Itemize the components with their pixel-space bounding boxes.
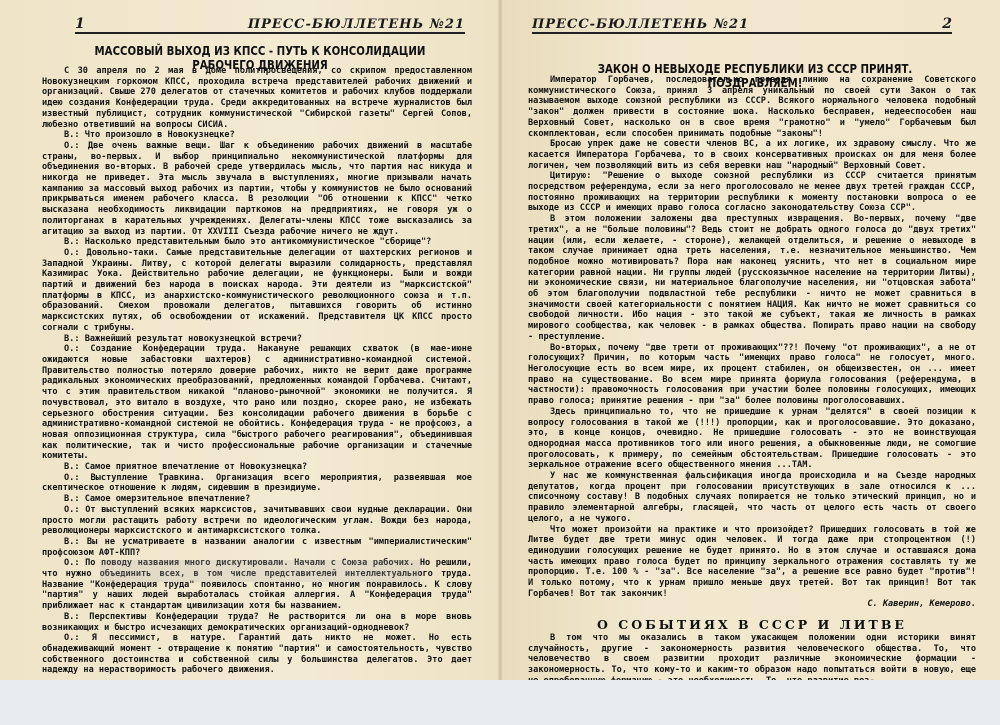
paragraph: О.: Довольно-таки. Самые представительны…: [42, 248, 472, 334]
newsletter-spread: 1 ПРЕСС-БЮЛЛЕТЕНЬ №21 МАССОВЫЙ ВЫХОД ИЗ …: [0, 0, 1000, 680]
right-page: ПРЕСС-БЮЛЛЕТЕНЬ №21 2 ЗАКОН О НЕВЫХОДЕ Р…: [500, 0, 1000, 680]
page-header: ПРЕСС-БЮЛЛЕТЕНЬ №21 2: [532, 16, 952, 34]
page-number: 1: [75, 16, 85, 32]
faded-stamp: [100, 560, 420, 582]
page-number: 2: [942, 16, 952, 32]
scan-background: [0, 680, 1000, 725]
section-title: О СОБЫТИЯХ В СССР И ЛИТВЕ: [528, 620, 976, 631]
paragraph: Бросаю упрек даже не совести членов ВС, …: [528, 139, 976, 171]
paragraph: В.: Важнейший результат новокузнецкой вс…: [42, 334, 472, 345]
paragraph: В.: Самое омерзительное впечатление?: [42, 494, 472, 505]
paragraph: В.: Перспективы Конфедерации труда? Не р…: [42, 612, 472, 633]
article-body: С 30 апреля по 2 мая в Доме политпросвещ…: [42, 66, 472, 676]
paragraph: Здесь принципиально то, что не пришедшие…: [528, 407, 976, 471]
paragraph: О.: Создание Конфедерации труда. Наканун…: [42, 344, 472, 462]
left-page: 1 ПРЕСС-БЮЛЛЕТЕНЬ №21 МАССОВЫЙ ВЫХОД ИЗ …: [0, 0, 500, 680]
paragraph: Во-вторых, почему "две трети от проживаю…: [528, 343, 976, 407]
paragraph: В том что мы оказались в таком ужасающем…: [528, 633, 976, 687]
paragraph: Цитирую: "Решение о выходе союзной респу…: [528, 171, 976, 214]
paragraph: С 30 апреля по 2 мая в Доме политпросвещ…: [42, 66, 472, 130]
paragraph: Император Горбачев, последовательно пров…: [528, 75, 976, 139]
paragraph: О.: От выступлений всяких марксистов, за…: [42, 505, 472, 537]
paragraph: В.: Что произошло в Новокузнецке?: [42, 130, 472, 141]
paragraph: О.: Я пессимист, в натуре. Гарантий дать…: [42, 633, 472, 676]
paragraph: Что может произойти на практике и что пр…: [528, 525, 976, 600]
paragraph: В.: Вы не усматриваете в названии аналог…: [42, 537, 472, 558]
paragraph: О.: Выступление Травкина. Организация вс…: [42, 473, 472, 494]
article-signature: С. Каверин, Кемерово.: [528, 599, 976, 610]
newsletter-title: ПРЕСС-БЮЛЛЕТЕНЬ №21: [532, 17, 749, 32]
paragraph: В этом положении заложены два преступных…: [528, 214, 976, 342]
page-fold: [497, 0, 503, 680]
article-body: Император Горбачев, последовательно пров…: [528, 75, 976, 686]
paragraph: В.: Самое приятное впечатление от Новоку…: [42, 462, 472, 473]
page-header: 1 ПРЕСС-БЮЛЛЕТЕНЬ №21: [75, 16, 465, 34]
paragraph: У нас же коммунственная фальсификация ин…: [528, 471, 976, 525]
paragraph: О.: Две очень важные вещи. Шаг к объедин…: [42, 141, 472, 237]
paragraph: В.: Насколько представительным было это …: [42, 237, 472, 248]
newsletter-title: ПРЕСС-БЮЛЛЕТЕНЬ №21: [248, 17, 465, 32]
